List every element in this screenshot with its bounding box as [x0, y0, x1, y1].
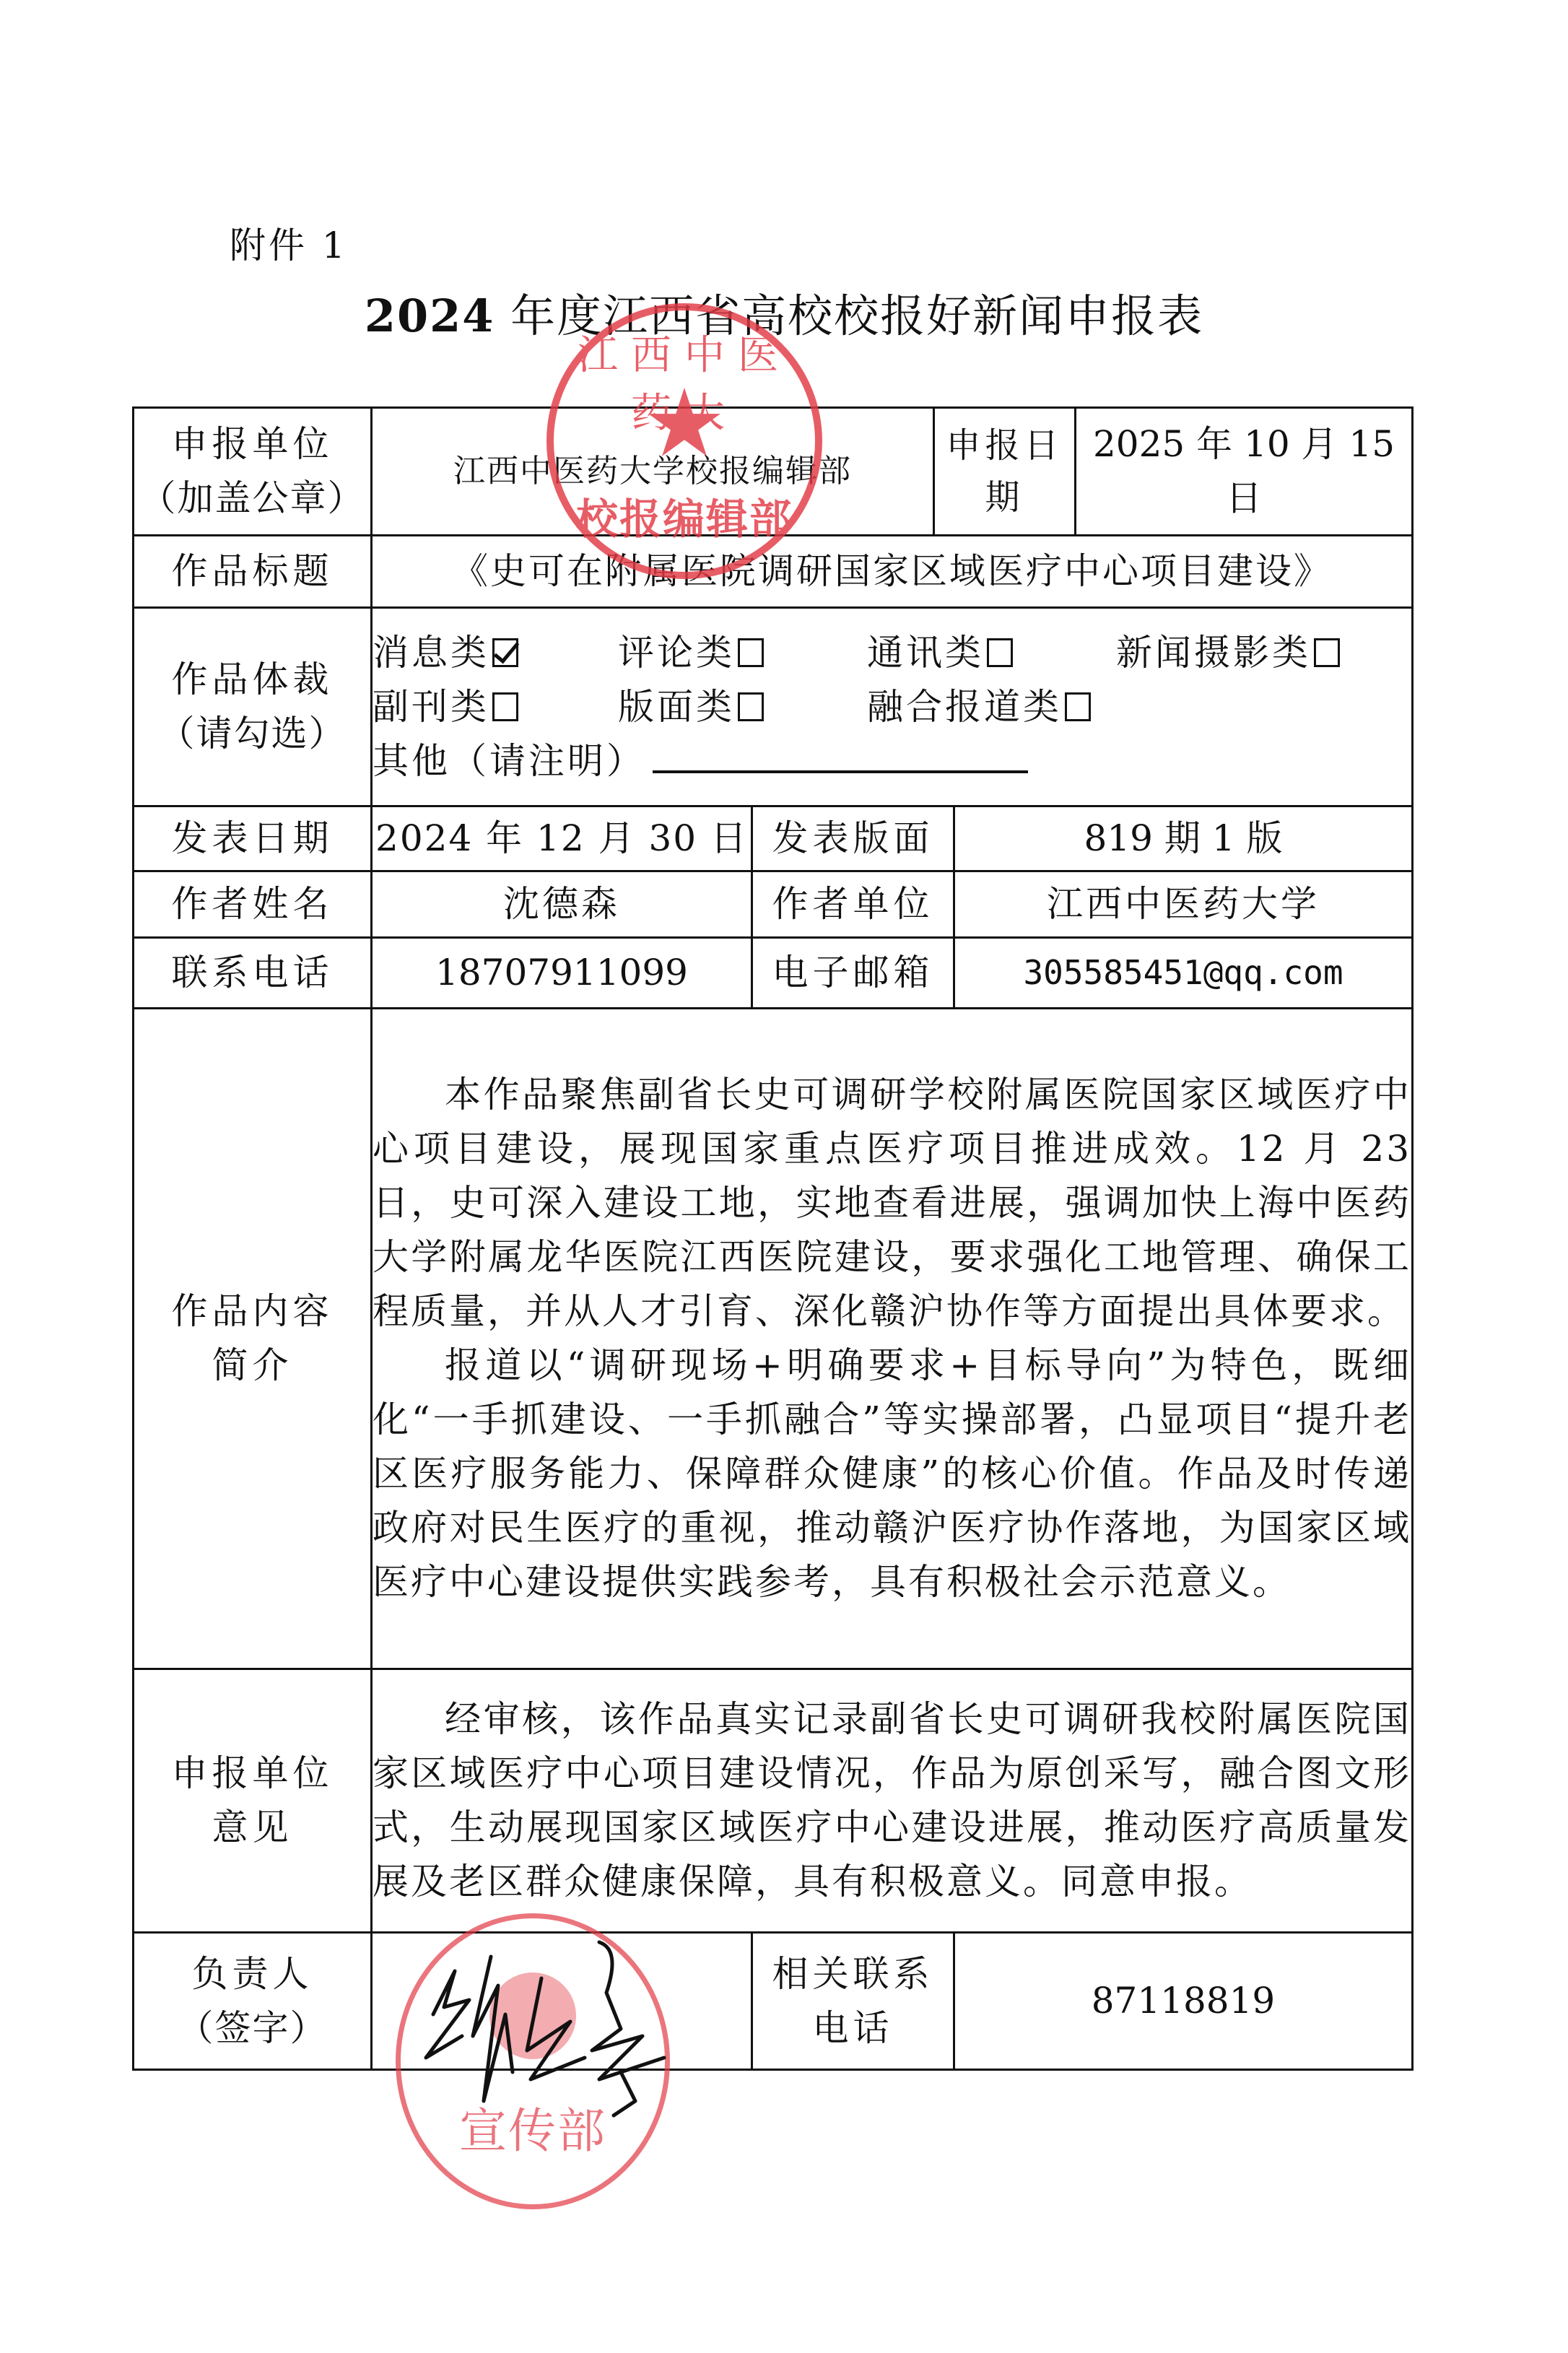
row-work-title: 作品标题 《史可在附属医院调研国家区域医疗中心项目建设》: [134, 536, 1413, 608]
opinion-label: 申报单位 意见: [134, 1669, 372, 1933]
title-text: 年度江西省高校校报好新闻申报表: [495, 290, 1203, 342]
phone-value[interactable]: 18707911099: [372, 938, 752, 1009]
author-unit-value[interactable]: 江西中医药大学: [954, 871, 1413, 938]
checkbox-icon[interactable]: [1314, 638, 1340, 667]
summary-label: 作品内容 简介: [134, 1009, 372, 1669]
row-responsible: 负责人 （签字） 相关联系 电话 87118819: [134, 1933, 1413, 2070]
genre-other-input[interactable]: [653, 734, 1028, 773]
genre-row-2: 副刊类 版面类 融合报道类: [373, 680, 1411, 734]
genre-label: 作品体裁 （请勾选）: [134, 608, 372, 806]
genre-row-1: 消息类 评论类 通讯类 新闻摄影类: [373, 626, 1411, 680]
summary-content[interactable]: 本作品聚焦副省长史可调研学校附属医院国家区域医疗中心项目建设，展现国家重点医疗项…: [372, 1009, 1413, 1669]
checkbox-icon[interactable]: [1065, 692, 1091, 721]
row-opinion: 申报单位 意见 经审核，该作品真实记录副省长史可调研我校附属医院国家区域医疗中心…: [134, 1669, 1413, 1933]
applicant-unit-value[interactable]: 江西中医药大学校报编辑部: [372, 408, 934, 536]
attachment-label: 附件 1: [230, 217, 348, 269]
phone-label: 联系电话: [134, 938, 372, 1009]
publish-page-value[interactable]: 819 期 1 版: [954, 806, 1413, 871]
genre-option-convergence[interactable]: 融合报道类: [867, 680, 1116, 734]
contact-phone-value[interactable]: 87118819: [954, 1933, 1413, 2070]
contact-phone-label: 相关联系 电话: [752, 1933, 954, 2070]
signature-field[interactable]: [372, 1933, 752, 2070]
genre-option-photo[interactable]: 新闻摄影类: [1116, 626, 1340, 680]
title-year: 2024: [365, 290, 495, 342]
checkbox-icon[interactable]: [738, 638, 764, 667]
publish-date-value[interactable]: 2024 年 12 月 30 日: [372, 806, 752, 871]
application-date-label: 申报日期: [934, 408, 1076, 536]
row-author: 作者姓名 沈德森 作者单位 江西中医药大学: [134, 871, 1413, 938]
checkbox-icon[interactable]: [987, 638, 1013, 667]
genre-options: 消息类 评论类 通讯类 新闻摄影类 副刊类 版面类: [372, 608, 1413, 806]
email-value[interactable]: 305585451@qq.com: [954, 938, 1413, 1009]
author-name-value[interactable]: 沈德森: [372, 871, 752, 938]
row-publish: 发表日期 2024 年 12 月 30 日 发表版面 819 期 1 版: [134, 806, 1413, 871]
application-form-table: 申报单位 （加盖公章） 江西中医药大学校报编辑部 申报日期 2025 年 10 …: [132, 406, 1414, 2071]
work-title-value[interactable]: 《史可在附属医院调研国家区域医疗中心项目建设》: [372, 536, 1413, 608]
opinion-content[interactable]: 经审核，该作品真实记录副省长史可调研我校附属医院国家区域医疗中心项目建设情况，作…: [372, 1669, 1413, 1933]
opinion-text: 经审核，该作品真实记录副省长史可调研我校附属医院国家区域医疗中心项目建设情况，作…: [373, 1692, 1411, 1909]
genre-option-correspondence[interactable]: 通讯类: [867, 626, 1116, 680]
document-title: 2024 年度江西省高校校报好新闻申报表: [0, 280, 1568, 344]
genre-option-supplement[interactable]: 副刊类: [373, 680, 618, 734]
publish-date-label: 发表日期: [134, 806, 372, 871]
genre-row-other: 其他（请注明）: [373, 734, 1411, 788]
author-unit-label: 作者单位: [752, 871, 954, 938]
email-label: 电子邮箱: [752, 938, 954, 1009]
checkbox-icon[interactable]: [492, 692, 518, 721]
row-genre: 作品体裁 （请勾选） 消息类 评论类 通讯类 新闻摄影类 副刊类: [134, 608, 1413, 806]
genre-option-commentary[interactable]: 评论类: [618, 626, 867, 680]
author-name-label: 作者姓名: [134, 871, 372, 938]
row-contact: 联系电话 18707911099 电子邮箱 305585451@qq.com: [134, 938, 1413, 1009]
genre-option-layout[interactable]: 版面类: [618, 680, 867, 734]
publish-page-label: 发表版面: [752, 806, 954, 871]
row-applicant-unit: 申报单位 （加盖公章） 江西中医药大学校报编辑部 申报日期 2025 年 10 …: [134, 408, 1413, 536]
application-date-value[interactable]: 2025 年 10 月 15 日: [1076, 408, 1413, 536]
responsible-label: 负责人 （签字）: [134, 1933, 372, 2070]
row-summary: 作品内容 简介 本作品聚焦副省长史可调研学校附属医院国家区域医疗中心项目建设，展…: [134, 1009, 1413, 1669]
genre-option-news[interactable]: 消息类: [373, 626, 618, 680]
checkbox-checked-icon[interactable]: [492, 638, 518, 667]
checkbox-icon[interactable]: [738, 692, 764, 721]
seal-dept-text: 宣传部: [401, 2092, 665, 2161]
genre-other-label: 其他（请注明）: [373, 734, 645, 788]
summary-paragraph-2: 报道以“调研现场+明确要求+目标导向”为特色，既细化“一手抓建设、一手抓融合”等…: [373, 1339, 1411, 1609]
summary-paragraph-1: 本作品聚焦副省长史可调研学校附属医院国家区域医疗中心项目建设，展现国家重点医疗项…: [373, 1068, 1411, 1339]
applicant-unit-label: 申报单位 （加盖公章）: [134, 408, 372, 536]
work-title-label: 作品标题: [134, 536, 372, 608]
